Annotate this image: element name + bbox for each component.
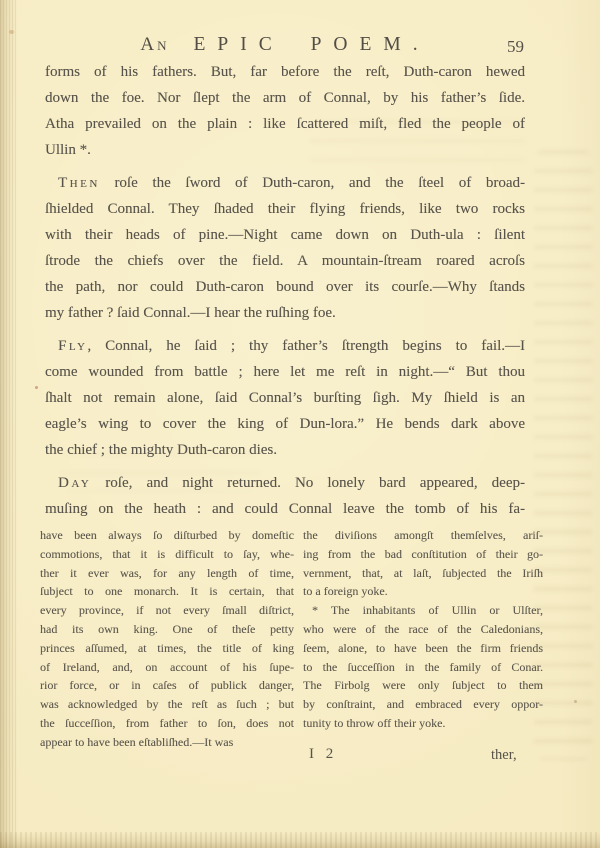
footnote-line: the diviſions amongſt themſelves, ariſ- bbox=[303, 526, 543, 545]
body-line: Atha prevailed on the plain : like ſcatt… bbox=[45, 111, 525, 137]
footnote-line: ther it ever was, for any length of time… bbox=[40, 564, 294, 583]
footnote-line: tunity to throw off their yoke. bbox=[303, 714, 543, 733]
foxing-speck bbox=[9, 30, 14, 34]
footnote-line: The Firbolg were only ſubject to them bbox=[303, 676, 543, 695]
body-line: Ullin *. bbox=[45, 137, 525, 163]
body-line: come wounded from battle ; here let me r… bbox=[45, 359, 525, 385]
body-line: with their heads of pine.—Night came dow… bbox=[45, 222, 525, 248]
body-line: the path, nor could Duth-caron bound ove… bbox=[45, 274, 525, 300]
body-line: forms of his fathers. But, far before th… bbox=[45, 59, 525, 85]
footnote-line: by conſtraint, and embraced every oppor- bbox=[303, 695, 543, 714]
footnote-line: was acknowledged by the reſt as ſuch ; b… bbox=[40, 695, 294, 714]
body-line: down the foe. Nor ſlept the arm of Conna… bbox=[45, 85, 525, 111]
footnote-line: ing from the bad conſtitution of their g… bbox=[303, 545, 543, 564]
footnote-line: to a foreign yoke. bbox=[303, 582, 543, 601]
header-title: EPIC POEM. bbox=[193, 34, 429, 55]
body-line: muſing on the heath : and could Connal l… bbox=[45, 496, 525, 522]
body-line: Day roſe, and night returned. No lonely … bbox=[45, 470, 525, 496]
footnote-line: commotions, that it is difficult to ſay,… bbox=[40, 545, 294, 564]
body-line: ſhielded Connal. They ſhaded their flyin… bbox=[45, 196, 525, 222]
body-line: ſhalt not remain alone, ſaid Connal’s bu… bbox=[45, 385, 525, 411]
foxing-speck bbox=[574, 700, 577, 703]
body-line: my father ? ſaid Connal.—I hear the ruſh… bbox=[45, 300, 525, 326]
footnote-line: ſeem, alone, to have been the firm frien… bbox=[303, 639, 543, 658]
paragraph-lead-smallcaps: Then bbox=[58, 175, 100, 191]
footnote-line: who were of the race of the Caledonians, bbox=[303, 620, 543, 639]
footnote-line: every province, if not every ſmall diſtr… bbox=[40, 601, 294, 620]
footnote-line: have been always ſo diſturbed by domeſti… bbox=[40, 526, 294, 545]
footnote-line: the ſucceſſion, from father to ſon, does… bbox=[40, 714, 294, 733]
footnote-line: appear to have been eſtabliſhed.—It was bbox=[40, 733, 294, 752]
paragraph: Then roſe the ſword of Duth-caron, and t… bbox=[45, 170, 525, 326]
paragraph: forms of his fathers. But, far before th… bbox=[45, 59, 525, 163]
book-page: AnEPIC POEM. 59 forms of his fathers. Bu… bbox=[0, 0, 600, 848]
footnote-line: * The inhabitants of Ullin or Ulſter, bbox=[303, 601, 543, 620]
footnote-column-right: the diviſions amongſt themſelves, ariſ-i… bbox=[303, 526, 543, 733]
footnote-line: rior force, or in caſes of publick dange… bbox=[40, 676, 294, 695]
footnote-column-left: have been always ſo diſturbed by domeſti… bbox=[40, 526, 294, 752]
catchword: ther, bbox=[491, 747, 517, 764]
footnote-line: of Ireland, and, on account of his ſupe- bbox=[40, 658, 294, 677]
page-number: 59 bbox=[507, 37, 524, 57]
footnote-line: vernment, that, at laſt, ſubjected the I… bbox=[303, 564, 543, 583]
footnote-line: princes aſſumed, at times, the title of … bbox=[40, 639, 294, 658]
footnote-line: ſubject to one monarch. It is certain, t… bbox=[40, 582, 294, 601]
footnote-line: had its own king. One of theſe petty bbox=[40, 620, 294, 639]
body-line: Then roſe the ſword of Duth-caron, and t… bbox=[45, 170, 525, 196]
paragraph: Fly, Connal, he ſaid ; thy father’s ſtre… bbox=[45, 333, 525, 463]
foxing-speck bbox=[35, 386, 38, 389]
body-text: forms of his fathers. But, far before th… bbox=[45, 59, 525, 522]
body-line: Fly, Connal, he ſaid ; thy father’s ſtre… bbox=[45, 333, 525, 359]
footnote-line: to the ſucceſſion in the family of Conar… bbox=[303, 658, 543, 677]
body-line: ſtrode the chiefs over the field. A moun… bbox=[45, 248, 525, 274]
page-edge-left bbox=[0, 0, 18, 848]
paragraph: Day roſe, and night returned. No lonely … bbox=[45, 470, 525, 522]
header-section-word: An bbox=[140, 34, 169, 55]
body-line: the chief ; the mighty Duth-caron dies. bbox=[45, 437, 525, 463]
paragraph-lead-smallcaps: Day bbox=[58, 475, 91, 491]
body-line: eagle’s wing to cover the king of Dun-lo… bbox=[45, 411, 525, 437]
page-edge-bottom bbox=[0, 832, 600, 848]
paragraph-lead-smallcaps: Fly bbox=[58, 338, 87, 354]
signature-mark: I 2 bbox=[309, 746, 337, 763]
running-header: AnEPIC POEM. bbox=[45, 32, 525, 59]
